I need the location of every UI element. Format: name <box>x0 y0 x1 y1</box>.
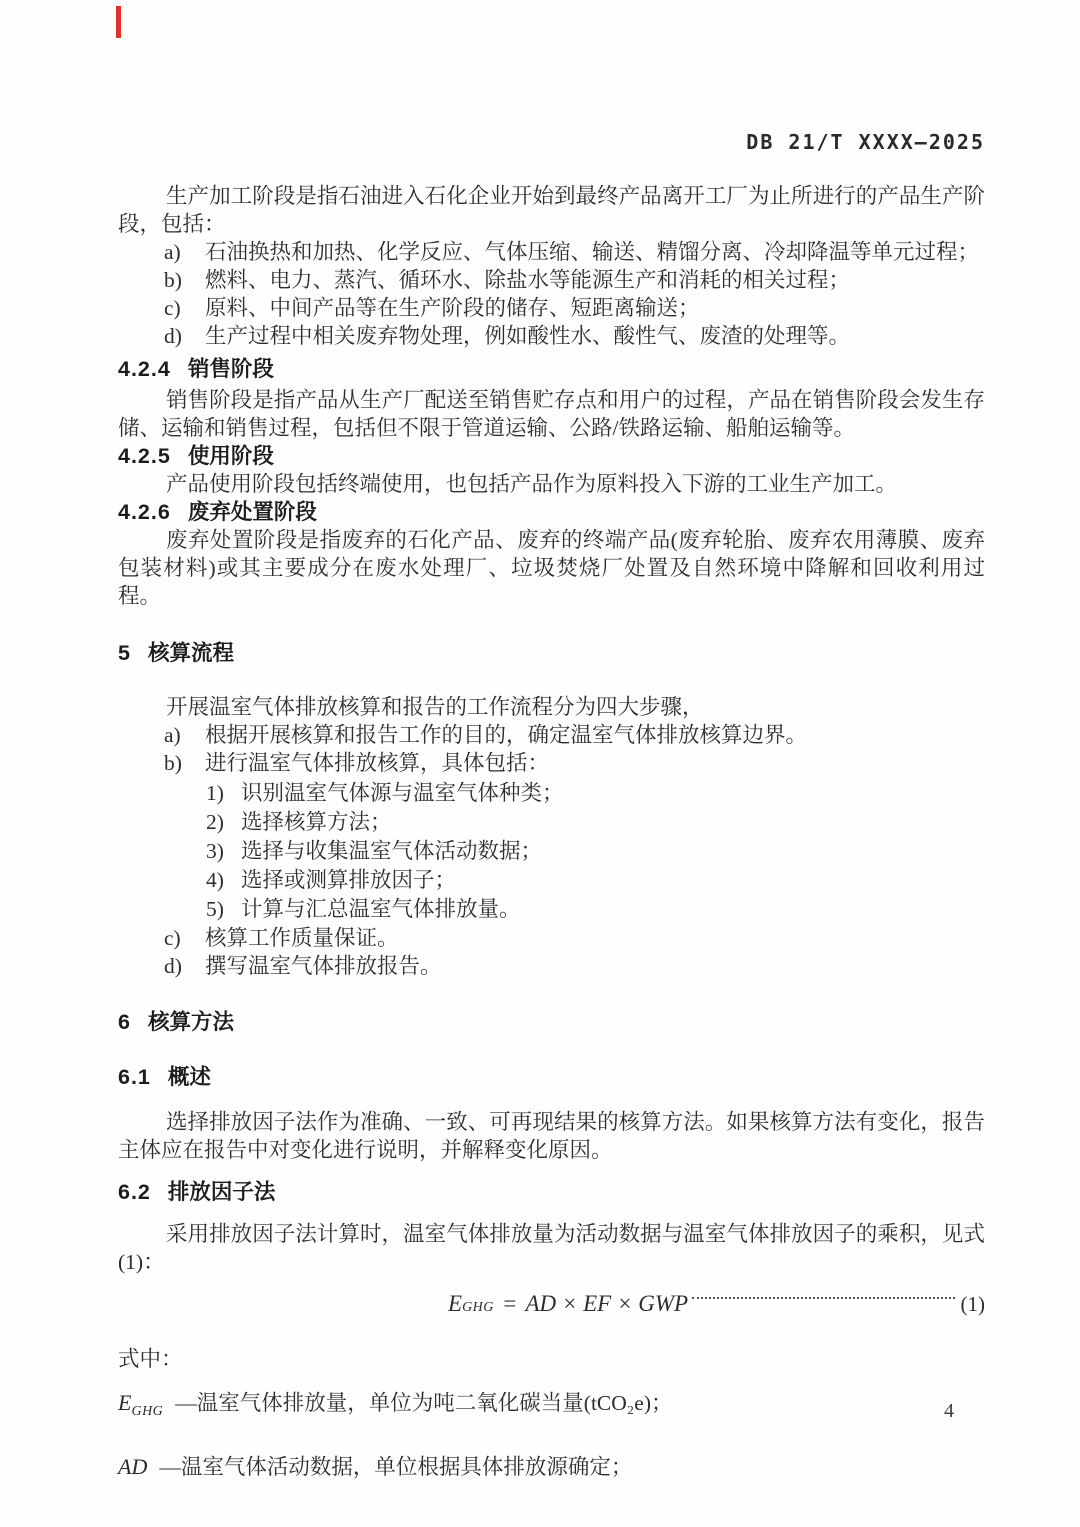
symbol-subscript: GHG <box>131 1404 163 1419</box>
list-label: a) <box>164 721 205 749</box>
formula-lhs: E <box>448 1288 462 1320</box>
symbol-base: E <box>118 1390 131 1415</box>
section-heading-4-2-5: 4.2.5使用阶段 <box>118 442 985 470</box>
sub-list-label: 5) <box>206 895 241 924</box>
red-annotation-mark <box>116 6 121 38</box>
list-label: d) <box>164 322 205 350</box>
list-label: c) <box>164 294 205 322</box>
list-item-production-b: b)燃料、电力、蒸汽、循环水、除盐水等能源生产和消耗的相关过程； <box>118 266 985 294</box>
list-text: 燃料、电力、蒸汽、循环水、除盐水等能源生产和消耗的相关过程； <box>205 268 850 292</box>
chapter-title: 核算方法 <box>148 1010 234 1034</box>
sub-list-text: 计算与汇总温室气体排放量。 <box>241 897 521 921</box>
list-item-5-c: c)核算工作质量保证。 <box>118 924 985 952</box>
paragraph-5-intro: 开展温室气体排放核算和报告的工作流程分为四大步骤， <box>118 693 985 721</box>
section-number: 4.2.4 <box>118 357 171 381</box>
definition-symbol: AD <box>118 1454 147 1479</box>
body-text-block: 生产加工阶段是指石油进入石化企业开始到最终产品离开工厂为止所进行的产品生产阶段，… <box>118 182 985 1491</box>
list-text: 根据开展核算和报告工作的目的，确定温室气体排放核算边界。 <box>205 723 807 747</box>
paragraph-4-2-4: 销售阶段是指产品从生产厂配送至销售贮存点和用户的过程，产品在销售阶段会发生存储、… <box>118 386 985 442</box>
list-item-production-a: a)石油换热和加热、化学反应、气体压缩、输送、精馏分离、冷却降温等单元过程； <box>118 238 985 266</box>
list-text: 生产过程中相关废弃物处理，例如酸性水、酸性气、废渣的处理等。 <box>205 324 850 348</box>
definition-text: —温室气体活动数据，单位根据具体排放源确定； <box>159 1455 632 1479</box>
where-label: 式中： <box>118 1345 985 1373</box>
sub-list-label: 1) <box>206 779 241 808</box>
chapter-number: 6 <box>118 1010 131 1034</box>
section-number: 6.1 <box>118 1065 151 1089</box>
sub-list-item-5: 5)计算与汇总温室气体排放量。 <box>118 895 985 924</box>
section-title: 概述 <box>168 1065 211 1089</box>
section-number: 4.2.5 <box>118 444 171 468</box>
list-text: 原料、中间产品等在生产阶段的储存、短距离输送； <box>205 296 700 320</box>
sub-list-item-2: 2)选择核算方法； <box>118 808 985 837</box>
list-label: d) <box>164 952 205 980</box>
list-item-5-b: b)进行温室气体排放核算，具体包括： <box>118 749 985 777</box>
paragraph-production-intro: 生产加工阶段是指石油进入石化企业开始到最终产品离开工厂为止所进行的产品生产阶段，… <box>118 182 985 238</box>
sub-list-text: 选择核算方法； <box>241 810 392 834</box>
formula-1: EGHG = AD × EF × GWP (1) <box>448 1288 985 1324</box>
formula-rhs: AD × EF × GWP <box>525 1288 688 1320</box>
paragraph-6-1: 选择排放因子法作为准确、一致、可再现结果的核算方法。如果核算方法有变化，报告主体… <box>118 1108 985 1164</box>
paragraph-6-2: 采用排放因子法计算时，温室气体排放量为活动数据与温室气体排放因子的乘积，见式(1… <box>118 1220 985 1276</box>
sub-list-label: 2) <box>206 808 241 837</box>
dotted-leader <box>692 1297 954 1299</box>
sub-list-item-4: 4)选择或测算排放因子； <box>118 866 985 895</box>
formula-equals: = <box>502 1288 518 1320</box>
list-item-5-a: a)根据开展核算和报告工作的目的，确定温室气体排放核算边界。 <box>118 721 985 749</box>
paragraph-4-2-6: 废弃处置阶段是指废弃的石化产品、废弃的终端产品(废弃轮胎、废弃农用薄膜、废弃包装… <box>118 526 985 610</box>
section-title: 排放因子法 <box>168 1180 276 1204</box>
page-content: DB 21/T XXXX—2025 生产加工阶段是指石油进入石化企业开始到最终产… <box>0 0 1080 1491</box>
page-number: 4 <box>944 1400 954 1423</box>
section-title: 废弃处置阶段 <box>188 500 317 524</box>
section-heading-4-2-4: 4.2.4销售阶段 <box>118 355 985 383</box>
section-heading-4-2-6: 4.2.6废弃处置阶段 <box>118 498 985 526</box>
sub-list-text: 识别温室气体源与温室气体种类； <box>241 781 564 805</box>
symbol-base: AD <box>118 1454 147 1479</box>
list-label: b) <box>164 749 205 777</box>
sub-list-label: 3) <box>206 837 241 866</box>
list-label: c) <box>164 924 205 952</box>
list-text: 进行温室气体排放核算，具体包括： <box>205 751 549 775</box>
section-heading-6-1: 6.1概述 <box>118 1063 985 1091</box>
list-text: 核算工作质量保证。 <box>205 926 399 950</box>
definition-eghg: EGHG—温室气体排放量，单位为吨二氧化碳当量(tCO₂e)； <box>118 1388 985 1427</box>
sub-list-item-1: 1)识别温室气体源与温室气体种类； <box>118 779 985 808</box>
section-title: 使用阶段 <box>188 444 274 468</box>
document-page: DB 21/T XXXX—2025 生产加工阶段是指石油进入石化企业开始到最终产… <box>0 0 1080 1527</box>
list-label: b) <box>164 266 205 294</box>
sub-list-label: 4) <box>206 866 241 895</box>
definition-ad: AD—温室气体活动数据，单位根据具体排放源确定； <box>118 1452 985 1491</box>
list-text: 石油换热和加热、化学反应、气体压缩、输送、精馏分离、冷却降温等单元过程； <box>205 240 979 264</box>
list-item-5-d: d)撰写温室气体排放报告。 <box>118 952 985 980</box>
section-heading-6-2: 6.2排放因子法 <box>118 1178 985 1206</box>
formula-lhs-subscript: GHG <box>462 1292 494 1324</box>
sub-list-text: 选择或测算排放因子； <box>241 868 456 892</box>
section-number: 4.2.6 <box>118 500 171 524</box>
chapter-heading-6: 6核算方法 <box>118 1008 985 1036</box>
section-number: 6.2 <box>118 1180 151 1204</box>
doc-code-header: DB 21/T XXXX—2025 <box>118 130 985 154</box>
chapter-heading-5: 5核算流程 <box>118 639 985 667</box>
paragraph-4-2-5: 产品使用阶段包括终端使用，也包括产品作为原料投入下游的工业生产加工。 <box>118 470 985 498</box>
list-item-production-c: c)原料、中间产品等在生产阶段的储存、短距离输送； <box>118 294 985 322</box>
list-item-production-d: d)生产过程中相关废弃物处理，例如酸性水、酸性气、废渣的处理等。 <box>118 322 985 350</box>
definition-symbol: EGHG <box>118 1390 163 1415</box>
sub-list-item-3: 3)选择与收集温室气体活动数据； <box>118 837 985 866</box>
chapter-title: 核算流程 <box>148 641 234 665</box>
sub-list-text: 选择与收集温室气体活动数据； <box>241 839 542 863</box>
chapter-number: 5 <box>118 641 131 665</box>
definition-text: —温室气体排放量，单位为吨二氧化碳当量(tCO₂e)； <box>175 1391 672 1415</box>
list-label: a) <box>164 238 205 266</box>
section-title: 销售阶段 <box>188 357 274 381</box>
formula-number: (1) <box>961 1288 986 1320</box>
list-text: 撰写温室气体排放报告。 <box>205 954 442 978</box>
